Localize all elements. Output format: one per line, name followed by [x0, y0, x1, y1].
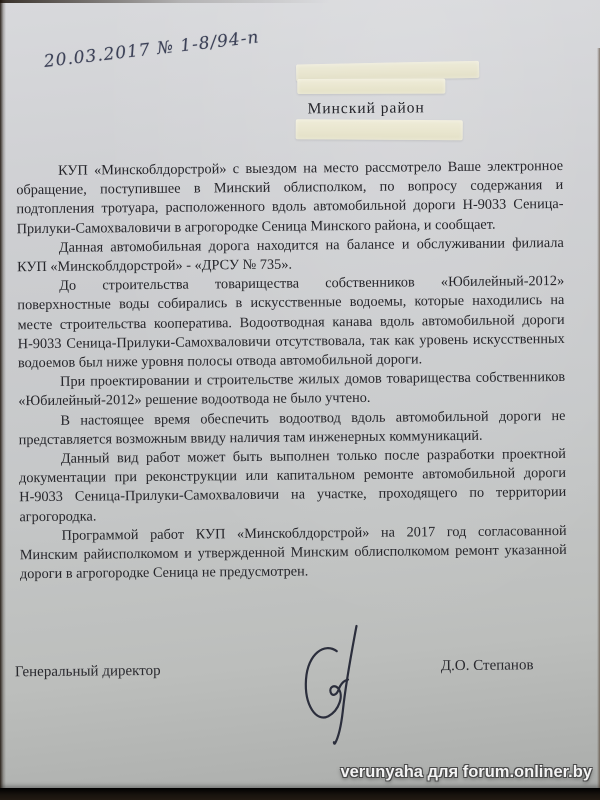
body-paragraph: До строительства товарищества собственни…	[17, 272, 565, 373]
signoff-title: Генеральный директор	[15, 663, 161, 681]
body-paragraph: При проектировании и строительстве жилых…	[18, 368, 565, 412]
body-paragraph: В настоящее время обеспечить водоотвод в…	[18, 407, 565, 451]
body-paragraph: Данная автомобильная дорога находится на…	[17, 234, 564, 278]
body-paragraph: Данный вид работ может быть выполнен тол…	[19, 445, 567, 527]
document-photo: 20.03.2017 № 1-8/94-п Минский район КУП …	[0, 0, 600, 800]
signature-scribble-icon	[296, 623, 367, 748]
addressee-line: Минский район	[307, 99, 424, 118]
letter-body: КУП «Минскоблдорстрой» с выездом на мест…	[16, 157, 567, 585]
letter-page: 20.03.2017 № 1-8/94-п Минский район КУП …	[0, 0, 600, 800]
photo-edge-bottom	[0, 788, 600, 800]
forum-watermark: verunyaha для forum.onliner.by	[340, 763, 592, 782]
handwritten-date-number: 20.03.2017 № 1-8/94-п	[43, 27, 261, 72]
body-paragraph: КУП «Минскоблдорстрой» с выездом на мест…	[16, 157, 564, 239]
signoff-name: Д.О. Степанов	[441, 657, 534, 675]
body-paragraph: Программой работ КУП «Минскоблдорстрой» …	[20, 522, 568, 585]
correction-tape-strip-bottom	[296, 119, 463, 140]
correction-tape-strip-top-2	[297, 79, 445, 94]
